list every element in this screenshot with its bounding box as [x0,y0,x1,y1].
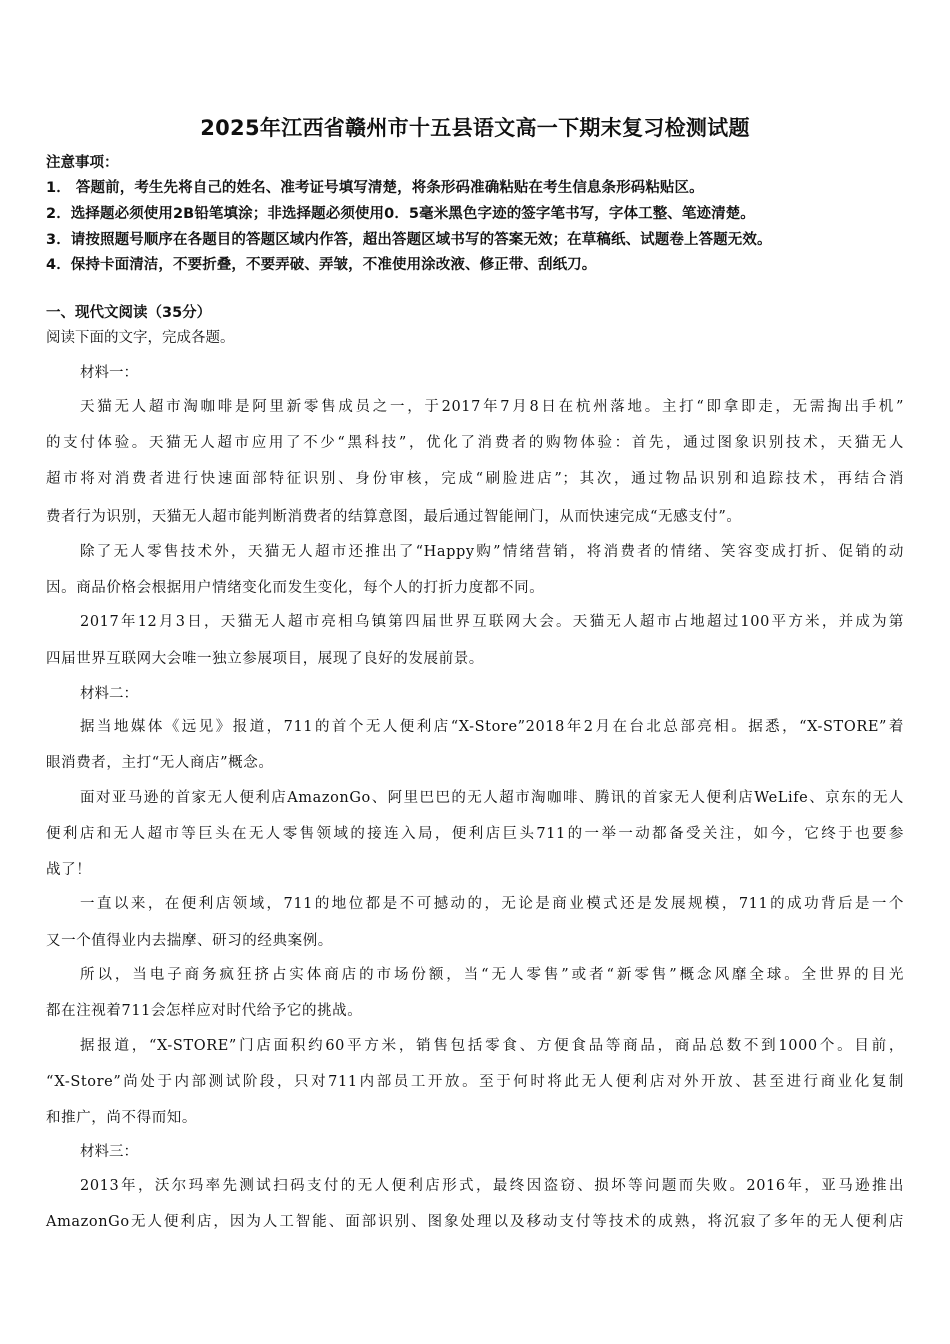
paragraph-line: 四届世界互联网大会唯一独立参展项目，展现了良好的发展前景。 [46,647,904,668]
material-label: 材料二： [80,682,138,703]
paragraph-line: 据报道，“X-STORE”门店面积约60平方米，销售包括零食、方便食品等商品，商… [80,1034,904,1055]
paragraph-line: “X-Store”尚处于内部测试阶段，只对711内部员工开放。至于何时将此无人便… [46,1070,904,1091]
paragraph-line: 眼消费者，主打“无人商店”概念。 [46,751,904,772]
paragraph-line: 战了！ [46,858,904,879]
paragraph-line: 费者行为识别，天猫无人超市能判断消费者的结算意图，最后通过智能闸门，从而快速完成… [46,505,904,526]
notice-item: 3．请按照题号顺序在各题目的答题区域内作答，超出答题区域书写的答案无效；在草稿纸… [46,228,772,249]
paragraph-line: 据当地媒体《远见》报道，711的首个无人便利店“X-Store”2018年2月在… [80,715,904,736]
paragraph-line: 和推广，尚不得而知。 [46,1106,904,1127]
notice-item: 2．选择题必须使用2B铅笔填涂；非选择题必须使用0．5毫米黑色字迹的签字笔书写，… [46,202,755,223]
page-title: 2025年江西省赣州市十五县语文高一下期末复习检测试题 [0,112,950,142]
section-heading: 一、现代文阅读（35分） [46,301,211,322]
paragraph-line: 超市将对消费者进行快速面部特征识别、身份审核，完成“刷脸进店”；其次，通过物品识… [46,467,904,488]
paragraph-line: 面对亚马逊的首家无人便利店AmazonGo、阿里巴巴的无人超市淘咖啡、腾讯的首家… [80,786,904,807]
paragraph-line: 的支付体验。天猫无人超市应用了不少“黑科技”，优化了消费者的购物体验：首先，通过… [46,431,904,452]
paragraph-line: 又一个值得业内去揣摩、研习的经典案例。 [46,929,904,950]
paragraph-line: 天猫无人超市淘咖啡是阿里新零售成员之一，于2017年7月8日在杭州落地。主打“即… [80,395,904,416]
paragraph-line: AmazonGo无人便利店，因为人工智能、面部识别、图象处理以及移动支付等技术的… [46,1210,904,1231]
paragraph-line: 便利店和无人超市等巨头在无人零售领域的接连入局，便利店巨头711的一举一动都备受… [46,822,904,843]
section-instruction: 阅读下面的文字，完成各题。 [46,326,235,347]
exam-page: 2025年江西省赣州市十五县语文高一下期末复习检测试题 注意事项： 1． 答题前… [0,0,950,1344]
notice-item: 1． 答题前，考生先将自己的姓名、准考证号填写清楚，将条形码准确粘贴在考生信息条… [46,176,704,197]
paragraph-line: 所以，当电子商务疯狂挤占实体商店的市场份额，当“无人零售”或者“新零售”概念风靡… [80,963,904,984]
material-label: 材料三： [80,1140,138,1161]
paragraph-line: 2017年12月3日，天猫无人超市亮相乌镇第四届世界互联网大会。天猫无人超市占地… [80,610,904,631]
paragraph-line: 2013年，沃尔玛率先测试扫码支付的无人便利店形式，最终因盗窃、损坏等问题而失败… [80,1174,904,1195]
paragraph-line: 因。商品价格会根据用户情绪变化而发生变化，每个人的打折力度都不同。 [46,576,904,597]
paragraph-line: 一直以来，在便利店领域，711的地位都是不可撼动的，无论是商业模式还是发展规模，… [80,892,904,913]
notice-item: 4．保持卡面清洁，不要折叠，不要弄破、弄皱，不准使用涂改液、修正带、刮纸刀。 [46,253,596,274]
notice-heading: 注意事项： [46,151,119,172]
paragraph-line: 都在注视着711会怎样应对时代给予它的挑战。 [46,999,904,1020]
material-label: 材料一： [80,361,138,382]
paragraph-line: 除了无人零售技术外，天猫无人超市还推出了“Happy购”情绪营销，将消费者的情绪… [80,540,904,561]
